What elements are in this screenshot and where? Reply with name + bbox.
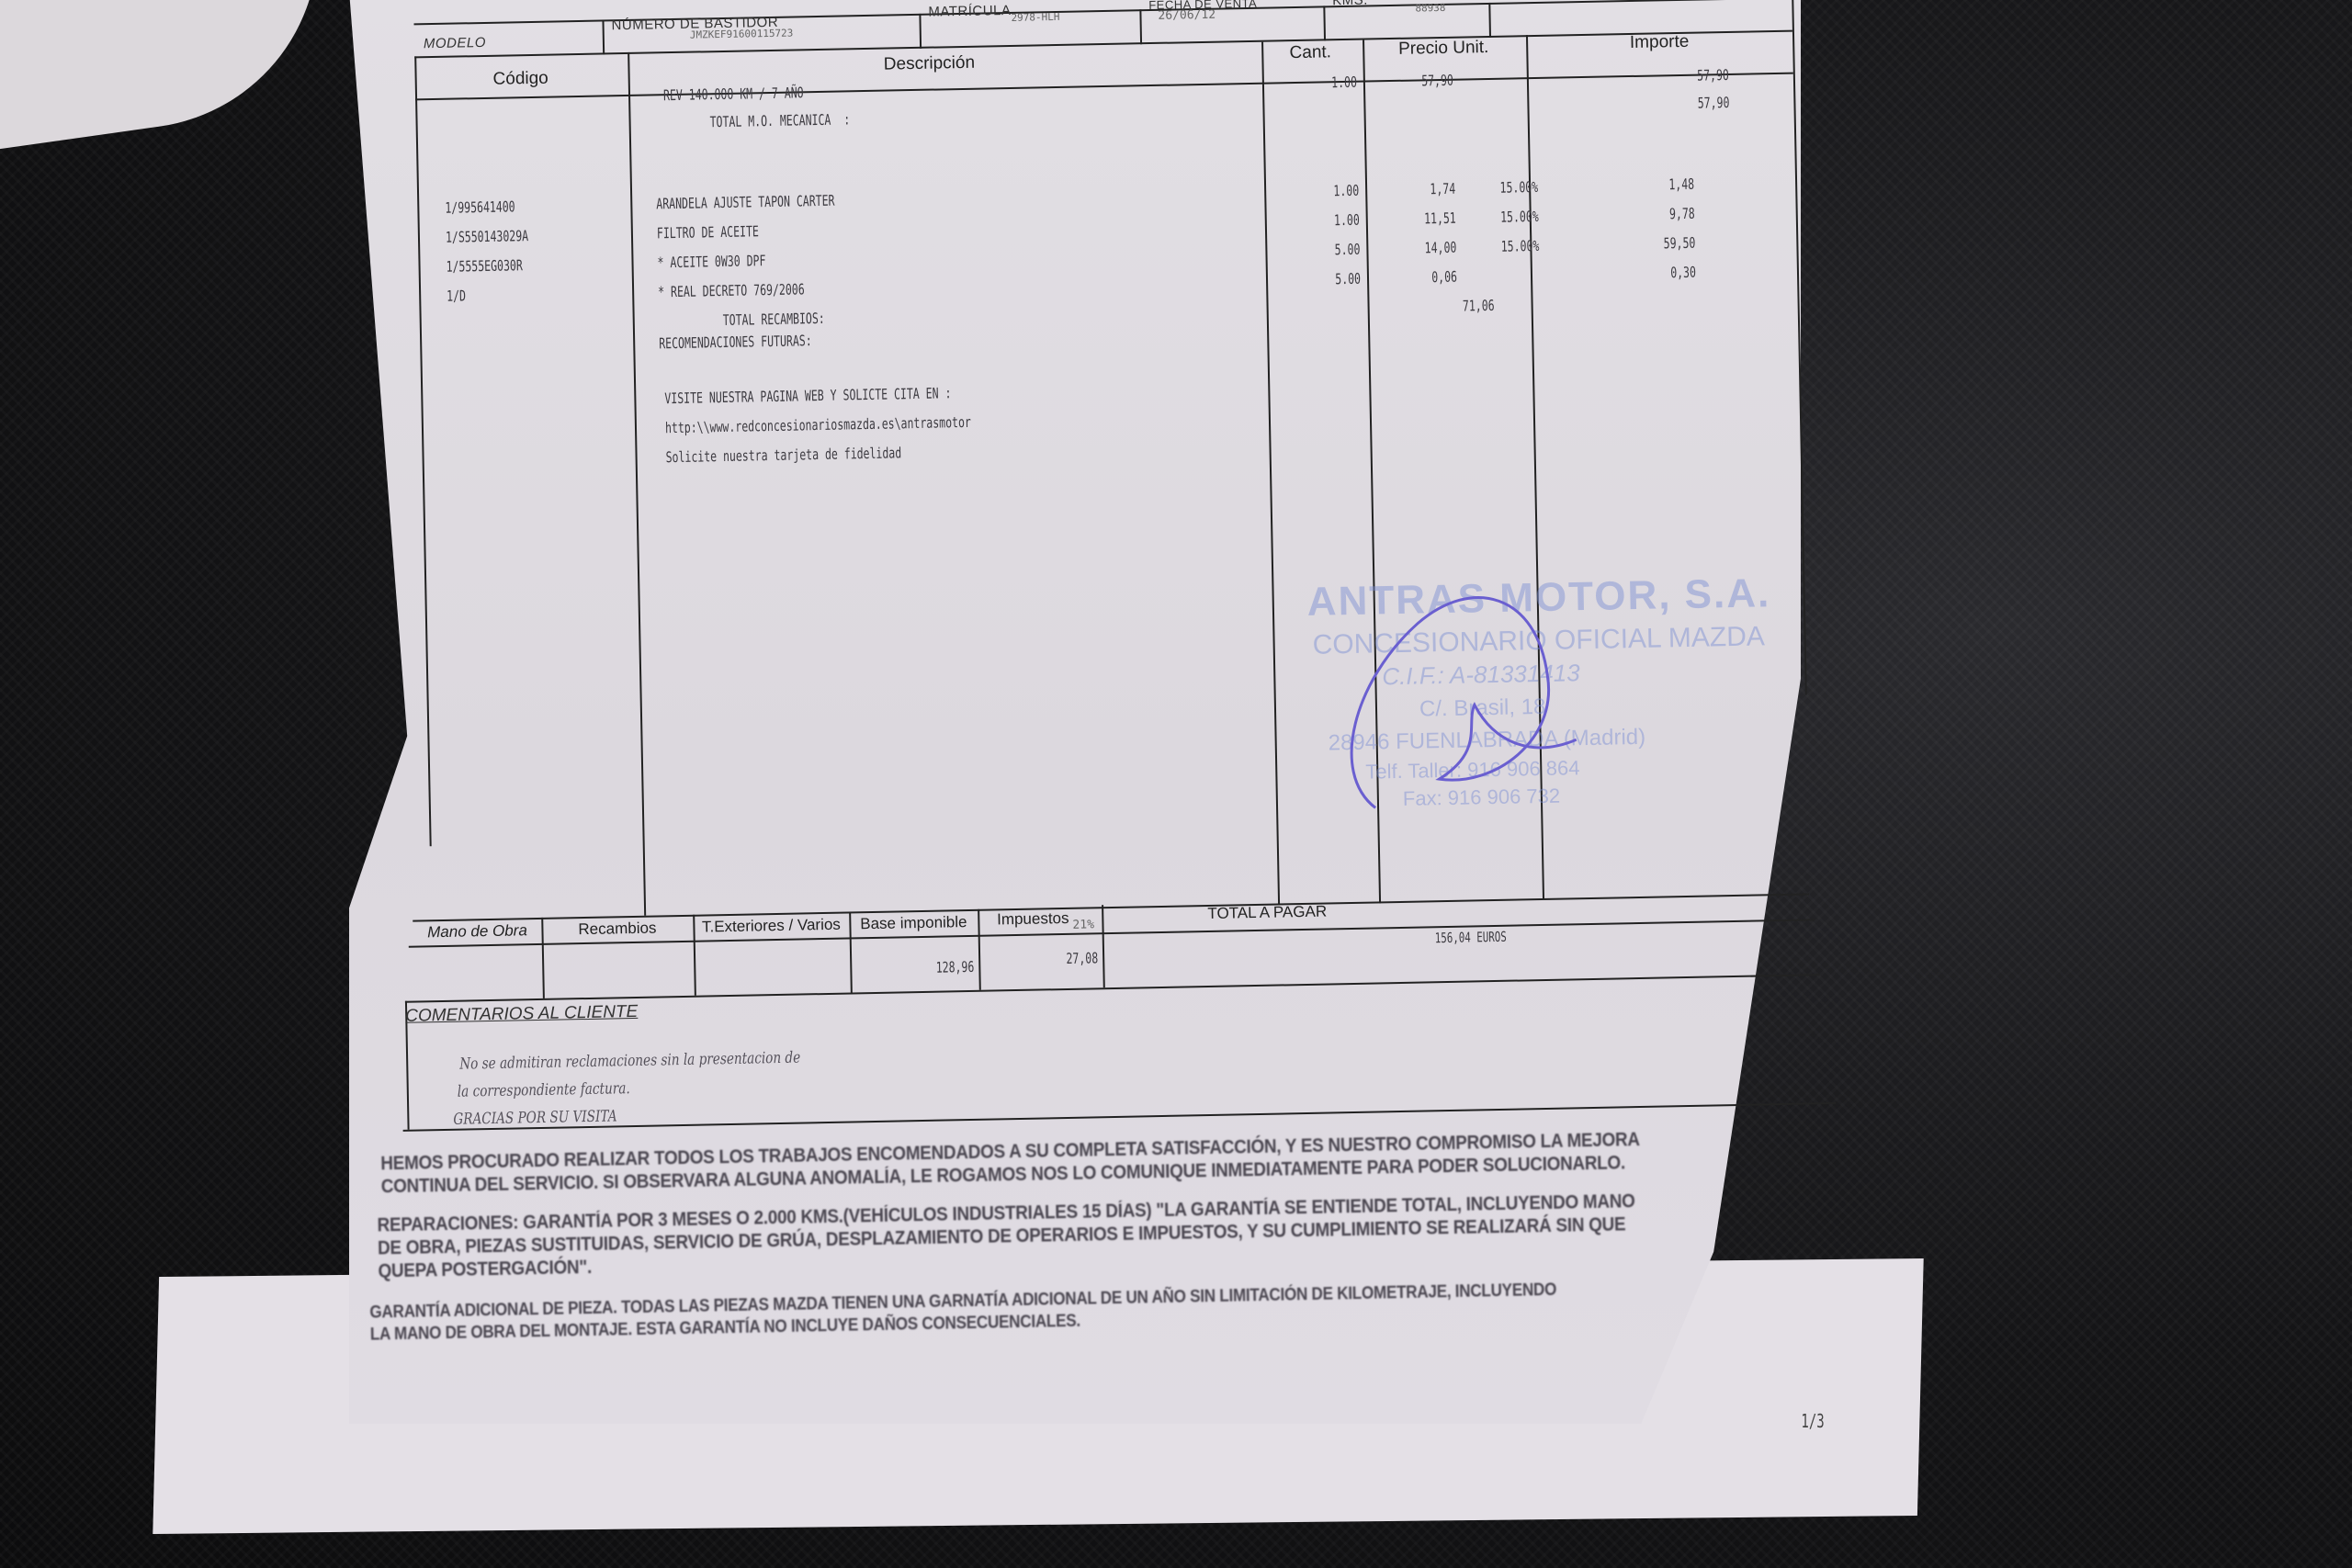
divider <box>602 19 605 54</box>
row-importe: 57,90 <box>1603 66 1729 86</box>
signature-icon <box>1334 565 1614 818</box>
matricula-value: 2978-HLH <box>1011 11 1059 24</box>
divider <box>1323 6 1326 40</box>
row-importe: 59,50 <box>1596 234 1695 254</box>
col-codigo: Código <box>414 67 626 91</box>
row-codigo: 1/D <box>447 287 466 304</box>
row-descripcion: TOTAL M.O. MECANICA : <box>709 110 850 130</box>
row-codigo: 1/995641400 <box>445 197 515 216</box>
matricula-label: MATRÍCULA <box>928 3 1011 20</box>
row-precio: 14,00 <box>1396 239 1456 257</box>
row-descripcion: TOTAL RECAMBIOS: <box>723 310 825 329</box>
row-descuento: 15.00% <box>1478 178 1538 197</box>
base-imponible-label: Base imponible <box>849 913 978 934</box>
row-cantidad: 5.00 <box>1297 241 1361 259</box>
row-cantidad: 1.00 <box>1294 73 1357 92</box>
col-descripcion: Descripción <box>626 48 1232 80</box>
note-url: http:\\www.redconcesionariosmazda.es\ant… <box>665 413 971 436</box>
divider <box>414 56 432 846</box>
row-precio: 1,74 <box>1396 180 1455 198</box>
divider <box>919 14 922 49</box>
comment-line-2: la correspondiente factura. <box>458 1079 630 1101</box>
row-codigo: 1/S550143029A <box>446 227 529 246</box>
row-precio: 71,06 <box>1435 297 1495 315</box>
recambios-label: Recambios <box>541 919 693 940</box>
total-a-pagar-label: TOTAL A PAGAR <box>1102 900 1432 925</box>
divider <box>628 52 646 916</box>
note-visite: VISITE NUESTRA PAGINA WEB Y SOLICTE CITA… <box>664 384 951 407</box>
row-descripcion: FILTRO DE ACEITE <box>657 222 759 242</box>
row-cantidad: 5.00 <box>1297 270 1361 288</box>
comments-title: COMENTARIOS AL CLIENTE <box>405 1002 638 1027</box>
row-importe: 1,48 <box>1595 175 1694 195</box>
total-a-pagar-value: 156,04 EUROS <box>1308 929 1507 949</box>
comment-line-3: GRACIAS POR SU VISITA <box>453 1107 617 1128</box>
page-number: 1/3 <box>1801 1410 1824 1432</box>
divider <box>1261 42 1280 906</box>
kms-label: KMS. <box>1332 0 1368 8</box>
totals-bottom-border <box>405 974 1820 1003</box>
row-precio <box>1394 99 1453 100</box>
row-precio: 0,06 <box>1397 268 1457 287</box>
row-descripcion: * REAL DECRETO 769/2006 <box>658 280 805 300</box>
legal-p2-c: QUEPA POSTERGACIÓN". <box>378 1257 592 1282</box>
divider <box>1488 3 1491 38</box>
row-descripcion: REV 140.000 KM / 7 AÑO <box>663 84 804 104</box>
kms-value: 88938 <box>1415 2 1445 15</box>
row-importe: 9,78 <box>1596 205 1695 224</box>
row-descripcion: * ACEITE 0W30 DPF <box>657 252 765 271</box>
row-precio: 57,90 <box>1394 72 1453 90</box>
row-descripcion: ARANDELA AJUSTE TAPON CARTER <box>656 192 835 213</box>
row-descuento: 15.00% <box>1479 237 1539 255</box>
col-importe: Importe <box>1526 30 1792 56</box>
row-importe: 0,30 <box>1597 264 1696 283</box>
impuestos-rate: 21% <box>1072 918 1094 931</box>
col-precio: Precio Unit. <box>1361 37 1526 60</box>
note-recomendaciones: RECOMENDACIONES FUTURAS: <box>659 332 812 352</box>
row-descuento: 15.00% <box>1479 208 1539 226</box>
row-importe <box>1597 293 1696 295</box>
col-cant: Cant. <box>1260 42 1361 64</box>
comment-line-1: No se admitiran reclamaciones sin la pre… <box>459 1049 800 1074</box>
bastidor-value: JMZKEF91600115723 <box>690 27 794 40</box>
row-importe: 57,90 <box>1603 94 1729 114</box>
comments-bottom-border <box>403 1102 1837 1132</box>
row-cantidad <box>1298 299 1361 300</box>
row-cantidad: 1.00 <box>1296 211 1360 230</box>
invoice-page: MODELO NÚMERO DE BASTIDOR JMZKEF91600115… <box>386 0 1826 1304</box>
divider <box>1139 9 1142 44</box>
row-precio: 11,51 <box>1396 209 1456 228</box>
impuestos-value: 27,08 <box>1015 949 1098 968</box>
mano-obra-label: Mano de Obra <box>413 921 541 942</box>
row-codigo: 1/5555EG030R <box>446 256 523 276</box>
row-cantidad <box>1295 101 1357 102</box>
exteriores-label: T.Exteriores / Varios <box>693 916 849 937</box>
base-imponible-value: 128,96 <box>888 958 975 977</box>
fecha-value: 26/06/12 <box>1158 8 1216 23</box>
note-fidelidad: Solicite nuestra tarjeta de fidelidad <box>665 444 901 466</box>
row-cantidad: 1.00 <box>1296 182 1360 200</box>
modelo-label: MODELO <box>424 35 486 51</box>
